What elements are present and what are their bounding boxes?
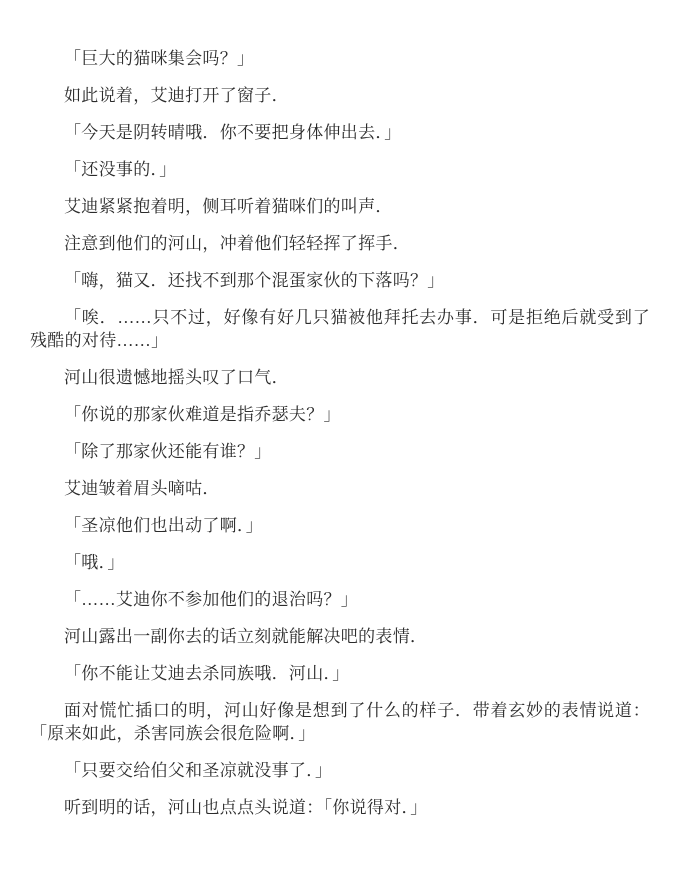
- paragraph-10: 「你说的那家伙难道是指乔瑟夫？」: [30, 403, 650, 426]
- paragraph-14: 「哦．」: [30, 551, 650, 574]
- paragraph-9: 河山很遗憾地摇头叹了口气．: [30, 366, 650, 389]
- paragraph-20: 听到明的话，河山也点点头说道：「你说得对．」: [30, 796, 650, 819]
- paragraph-12: 艾迪皱着眉头嘀咕．: [30, 477, 650, 500]
- paragraph-1: 「巨大的猫咪集会吗？」: [30, 47, 650, 70]
- paragraph-8: 「唉．……只不过，好像有好几只猫被他拜托去办事．可是拒绝后就受到了残酷的对待………: [30, 306, 650, 352]
- paragraph-5: 艾迪紧紧抱着明，侧耳听着猫咪们的叫声．: [30, 195, 650, 218]
- paragraph-11: 「除了那家伙还能有谁？」: [30, 440, 650, 463]
- paragraph-6: 注意到他们的河山，冲着他们轻轻挥了挥手．: [30, 232, 650, 255]
- paragraph-16: 河山露出一副你去的话立刻就能解决吧的表情．: [30, 625, 650, 648]
- paragraph-18: 面对慌忙插口的明，河山好像是想到了什么的样子．带着玄妙的表情说道：「原来如此，杀…: [30, 699, 650, 745]
- paragraph-19: 「只要交给伯父和圣凉就没事了．」: [30, 759, 650, 782]
- paragraph-3: 「今天是阴转晴哦．你不要把身体伸出去．」: [30, 121, 650, 144]
- paragraph-15: 「……艾迪你不参加他们的退治吗？」: [30, 588, 650, 611]
- paragraph-7: 「嗨，猫又．还找不到那个混蛋家伙的下落吗？」: [30, 269, 650, 292]
- paragraph-13: 「圣凉他们也出动了啊．」: [30, 514, 650, 537]
- paragraph-2: 如此说着，艾迪打开了窗子．: [30, 84, 650, 107]
- document-page: 「巨大的猫咪集会吗？」 如此说着，艾迪打开了窗子． 「今天是阴转晴哦．你不要把身…: [0, 0, 680, 880]
- paragraph-17: 「你不能让艾迪去杀同族哦．河山．」: [30, 662, 650, 685]
- paragraph-4: 「还没事的．」: [30, 158, 650, 181]
- text-block: 「巨大的猫咪集会吗？」 如此说着，艾迪打开了窗子． 「今天是阴转晴哦．你不要把身…: [0, 0, 680, 819]
